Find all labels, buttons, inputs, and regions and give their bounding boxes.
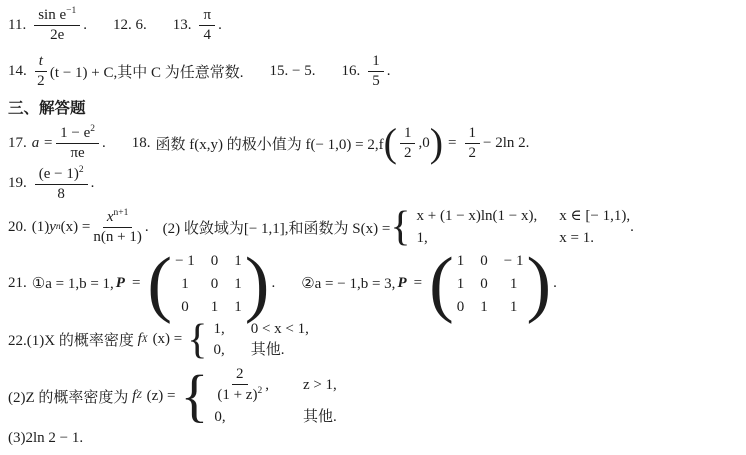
q18-equals: =	[448, 135, 456, 152]
answers-line-14-16: 14. t 2 (t − 1) + C,其中 C 为任意常数. 15. − 5.…	[8, 53, 740, 91]
q16-numerator: 1	[368, 53, 384, 72]
q22p2-den-exponent: 2	[257, 386, 262, 396]
q11-denominator: 2e	[50, 26, 64, 44]
q14-denominator: 2	[37, 72, 45, 90]
q18-arg-fraction: 1 2	[400, 125, 416, 163]
question-19-answer: 19. (e − 1)2 8 .	[8, 165, 94, 204]
q21-matrix2-grid: 1 0 − 1 1 0 1 0 1 1	[454, 252, 527, 316]
q22-part2-text: (2)Z 的概率密度为	[8, 386, 132, 407]
q13-numerator: π	[199, 7, 215, 26]
q20-part1-period: .	[145, 219, 149, 236]
q20-y-variable: y	[49, 219, 56, 236]
q13-period: .	[218, 17, 222, 34]
q20-cases-grid: x + (1 − x)ln(1 − x), x ∈ [− 1,1), 1, x …	[416, 207, 630, 248]
answers-line-17-18: 17. a = 1 − e2 πe . 18. 函数 f(x,y) 的极小值为 …	[8, 124, 740, 163]
q22p1-case1-value: 1,	[213, 320, 224, 339]
matrix-cell: 0	[181, 298, 189, 316]
q17-denominator: πe	[70, 144, 84, 162]
q18-arg-denominator: 2	[404, 144, 412, 162]
q11-fraction: sin e−1 2e	[34, 6, 80, 45]
q22-part3-answer: (3)2ln 2 − 1.	[8, 430, 83, 447]
q21-case1-equals: =	[132, 275, 140, 292]
q20-num-exponent: n+1	[114, 208, 129, 218]
matrix-cell: 1	[211, 298, 219, 316]
q20-part1-marker: (1)	[32, 219, 50, 236]
section-title: 三、解答题	[8, 96, 86, 118]
matrix-cell: 1	[457, 252, 465, 270]
q21-case1-P-symbol: P	[116, 275, 125, 292]
question-22-part1: 22.(1)X 的概率密度 fX (x) = { 1, 0 < x < 1, 0…	[8, 320, 309, 361]
q13-label: 13.	[173, 17, 192, 34]
matrix-cell: 1	[480, 298, 488, 316]
q22p2-case1-condition: z > 1,	[303, 376, 337, 395]
q19-denominator: 8	[57, 185, 65, 203]
q21-case2-period: .	[553, 275, 557, 292]
q14-label: 14.	[8, 63, 27, 80]
question-16-answer: 16. 1 5 .	[341, 53, 390, 91]
question-17-answer: 17. a = 1 − e2 πe .	[8, 124, 106, 163]
q22p2-denominator: (1 + z)2	[217, 385, 262, 404]
q11-num-base: sin e	[38, 7, 66, 23]
answers-line-22-part2: (2)Z 的概率密度为 fZ (z) = { 2 (1 + z)2 , z > …	[8, 366, 740, 426]
q17-num-base: 1 − e	[60, 125, 90, 141]
q22p2-case2-condition: 其他.	[303, 408, 337, 427]
q22-part1-f-subscript: X	[142, 335, 148, 345]
q19-num-base: (e − 1)	[39, 166, 79, 182]
q14-expression: (t − 1) + C,其中 C 为任意常数.	[50, 61, 244, 82]
q20-case2-condition: x = 1.	[559, 229, 594, 248]
q16-label: 16.	[341, 63, 360, 80]
q22p2-den-base: (1 + z)	[217, 387, 257, 403]
q20-label: 20.	[8, 219, 27, 236]
q20-numerator: xn+1	[103, 208, 133, 228]
q19-period: .	[91, 175, 95, 192]
matrix-cell: 1	[510, 275, 518, 293]
q20-case2-value: 1,	[416, 229, 427, 248]
q13-denominator: 4	[204, 26, 212, 44]
section-heading-line: 三、解答题	[8, 96, 740, 118]
q22-part2-cases-grid: 2 (1 + z)2 , z > 1, 0, 其他.	[214, 366, 336, 426]
q18-arg-rest: ,0	[418, 135, 429, 152]
answers-line-22-part1: 22.(1)X 的概率密度 fX (x) = { 1, 0 < x < 1, 0…	[8, 320, 740, 361]
question-20-part1: 20. (1) yn (x) = xn+1 n(n + 1) .	[8, 208, 149, 247]
q17-num-exponent: 2	[90, 124, 95, 134]
q11-num-exponent: −1	[66, 6, 76, 16]
q21-case1-text: ①a = 1,b = 1,	[32, 274, 114, 293]
question-11-answer: 11. sin e−1 2e .	[8, 6, 87, 45]
q18-value-rest: − 2ln 2.	[483, 135, 529, 152]
q19-num-exponent: 2	[79, 165, 84, 175]
question-13-answer: 13. π 4 .	[173, 7, 222, 45]
q17-numerator: 1 − e2	[56, 124, 99, 144]
question-21-case1: 21. ①a = 1,b = 1, P = ( − 1 0 1 1 0 1 0 …	[8, 252, 275, 316]
q22p1-case1-condition: 0 < x < 1,	[251, 320, 309, 339]
q20-part2-text: (2) 收敛域为[− 1,1],和函数为 S(x) =	[163, 217, 391, 238]
q20-case1-value: x + (1 − x)ln(1 − x),	[416, 207, 537, 226]
question-22-part2: (2)Z 的概率密度为 fZ (z) = { 2 (1 + z)2 , z > …	[8, 366, 337, 426]
q14-fraction: t 2	[35, 53, 47, 91]
q21-case1-period: .	[271, 275, 275, 292]
q22-part2-piecewise: { 2 (1 + z)2 , z > 1, 0, 其他.	[180, 366, 336, 426]
q20-num-base: x	[107, 209, 114, 225]
matrix-cell: 0	[480, 252, 488, 270]
q22p2-case1-comma: ,	[265, 376, 269, 395]
q22p1-case2-value: 0,	[213, 341, 224, 360]
q18-label: 18.	[132, 135, 151, 152]
q18-text: 函数 f(x,y) 的极小值为 f(− 1,0) = 2,f	[156, 133, 384, 154]
q13-fraction: π 4	[199, 7, 215, 45]
answers-line-11-13: 11. sin e−1 2e . 12. 6. 13. π 4 .	[8, 6, 740, 45]
q22-part1-cases-grid: 1, 0 < x < 1, 0, 其他.	[213, 320, 308, 361]
q22p1-case2-condition: 其他.	[251, 341, 285, 360]
q17-period: .	[102, 135, 106, 152]
q22-part2-f-subscript: Z	[136, 391, 141, 401]
question-15-answer: 15. − 5.	[270, 63, 316, 80]
q11-period: .	[83, 17, 87, 34]
q17-fraction: 1 − e2 πe	[56, 124, 99, 163]
matrix-cell: − 1	[175, 252, 195, 270]
q20-period: .	[630, 219, 634, 236]
q21-case2-text: ②a = − 1,b = 3,	[301, 274, 395, 293]
q22p2-numerator: 2	[232, 366, 248, 385]
q18-value-denominator: 2	[469, 144, 477, 162]
q17-lhs: a =	[32, 135, 53, 152]
q18-value-fraction: 1 2	[465, 125, 481, 163]
q21-matrix-1: ( − 1 0 1 1 0 1 0 1 1 )	[147, 252, 269, 316]
answers-line-19: 19. (e − 1)2 8 .	[8, 165, 740, 204]
answers-line-21: 21. ①a = 1,b = 1, P = ( − 1 0 1 1 0 1 0 …	[8, 252, 740, 316]
q16-period: .	[387, 63, 391, 80]
question-21-case2: ②a = − 1,b = 3, P = ( 1 0 − 1 1 0 1 0 1 …	[301, 252, 557, 316]
q19-label: 19.	[8, 175, 27, 192]
q22p2-fraction: 2 (1 + z)2	[217, 366, 262, 405]
q21-case2-equals: =	[414, 275, 422, 292]
q20-piecewise-function: { x + (1 − x)ln(1 − x), x ∈ [− 1,1), 1, …	[390, 207, 630, 248]
q20-case1-condition: x ∈ [− 1,1),	[559, 207, 630, 226]
question-18-answer: 18. 函数 f(x,y) 的极小值为 f(− 1,0) = 2,f ( 1 2…	[132, 125, 530, 163]
q21-matrix-2: ( 1 0 − 1 1 0 1 0 1 1 )	[429, 252, 551, 316]
q22p2-case1-value: 2 (1 + z)2 ,	[214, 366, 269, 405]
matrix-cell: 1	[457, 275, 465, 293]
q20-denominator: n(n + 1)	[93, 228, 141, 246]
matrix-cell: − 1	[504, 252, 524, 270]
q17-label: 17.	[8, 135, 27, 152]
matrix-cell: 0	[480, 275, 488, 293]
question-20-part2: (2) 收敛域为[− 1,1],和函数为 S(x) = { x + (1 − x…	[163, 207, 634, 248]
q20-lhs-rest: (x) =	[61, 219, 91, 236]
matrix-cell: 1	[234, 275, 242, 293]
matrix-cell: 0	[211, 275, 219, 293]
q21-case2-P-symbol: P	[397, 275, 406, 292]
answers-line-22-part3: (3)2ln 2 − 1.	[8, 430, 740, 447]
q16-fraction: 1 5	[368, 53, 384, 91]
matrix-cell: 0	[211, 252, 219, 270]
answers-line-20: 20. (1) yn (x) = xn+1 n(n + 1) . (2) 收敛域…	[8, 207, 740, 248]
q22-part1-lhs-rest: (x) =	[153, 331, 183, 348]
question-14-answer: 14. t 2 (t − 1) + C,其中 C 为任意常数.	[8, 53, 244, 91]
q22-part1-text: 22.(1)X 的概率密度	[8, 329, 138, 350]
question-12-answer: 12. 6.	[113, 17, 147, 34]
q11-numerator: sin e−1	[34, 6, 80, 26]
q22-part1-piecewise: { 1, 0 < x < 1, 0, 其他.	[187, 320, 309, 361]
matrix-cell: 1	[510, 298, 518, 316]
q19-numerator: (e − 1)2	[35, 165, 88, 185]
q11-label: 11.	[8, 17, 26, 34]
q19-fraction: (e − 1)2 8	[35, 165, 88, 204]
matrix-cell: 0	[457, 298, 465, 316]
q22-part2-lhs-rest: (z) =	[147, 388, 176, 405]
q22p2-case2-value: 0,	[214, 408, 225, 427]
q14-numerator: t	[35, 53, 47, 72]
q18-value-numerator: 1	[465, 125, 481, 144]
q21-matrix1-grid: − 1 0 1 1 0 1 0 1 1	[172, 252, 245, 316]
q18-arg-numerator: 1	[400, 125, 416, 144]
matrix-cell: 1	[234, 252, 242, 270]
q16-denominator: 5	[372, 72, 380, 90]
q20-fraction: xn+1 n(n + 1)	[93, 208, 141, 247]
answer-key-page: 11. sin e−1 2e . 12. 6. 13. π 4 . 14. t …	[0, 0, 746, 447]
matrix-cell: 1	[234, 298, 242, 316]
matrix-cell: 1	[181, 275, 189, 293]
q21-label: 21.	[8, 275, 27, 292]
